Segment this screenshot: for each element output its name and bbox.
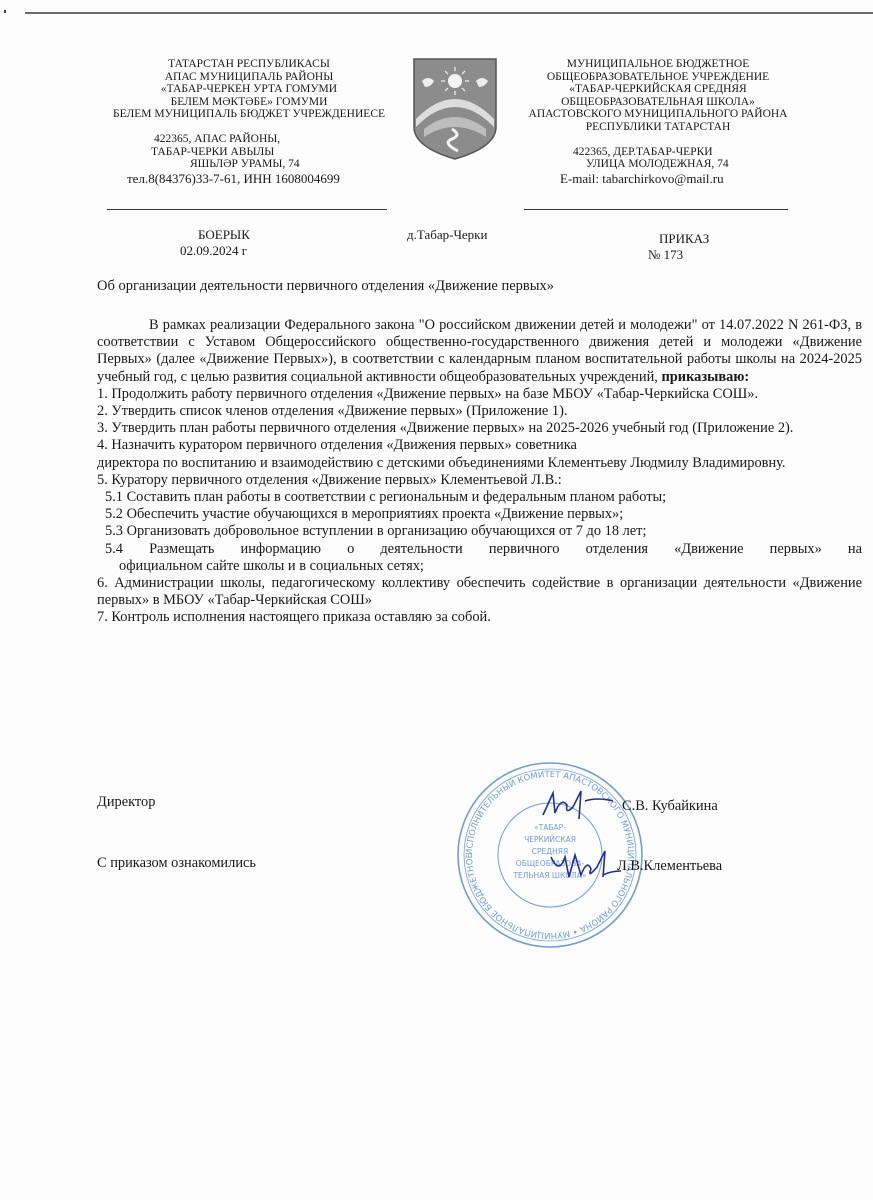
address-line: УЛИЦА МОЛОДЕЖНАЯ, 74: [573, 158, 798, 171]
item-2: 2. Утвердить список членов отделения «Дв…: [97, 403, 862, 420]
header-right-russian: МУНИЦИПАЛЬНОЕ БЮДЖЕТНОЕ ОБЩЕОБРАЗОВАТЕЛЬ…: [518, 58, 798, 185]
header-left-line: АПАС МУНИЦИПАЛЬ РАЙОНЫ: [104, 71, 394, 84]
item-5-2: 5.2 Обеспечить участие обучающихся в мер…: [97, 506, 862, 523]
curator-signature-icon: [547, 845, 622, 885]
scan-top-edge-line: [25, 12, 873, 14]
header-left-line: БЕЛЕМ МӘКТӘБЕ» ГОМУМИ: [104, 96, 394, 109]
order-number: № 173: [648, 247, 709, 263]
header-right-line: РЕСПУБЛИКИ ТАТАРСТАН: [518, 121, 798, 134]
address-line: 422365, ДЕР.ТАБАР-ЧЕРКИ: [573, 146, 798, 159]
order-meta-right: ПРИКАЗ № 173: [659, 231, 709, 263]
header-right-line: МУНИЦИПАЛЬНОЕ БЮДЖЕТНОЕ: [518, 58, 798, 71]
item-5: 5. Куратору первичного отделения «Движен…: [97, 472, 862, 489]
item-4-line-2: директора по воспитанию и взаимодействию…: [97, 455, 862, 472]
header-left-line: «ТАБАР-ЧЕРКЕН УРТА ГОМУМИ: [104, 83, 394, 96]
header-right-line: «ТАБАР-ЧЕРКИЙСКАЯ СРЕДНЯЯ: [518, 83, 798, 96]
item-5-4-line-2: официальном сайте школы и в социальных с…: [97, 558, 862, 575]
item-5-4-line-1: 5.4 Размещать информацию о деятельности …: [97, 541, 862, 558]
item-3: 3. Утвердить план работы первичного отде…: [97, 420, 862, 437]
address-line: 422365, АПАС РАЙОНЫ,: [154, 133, 394, 146]
header-right-line: АПАСТОВСКОГО МУНИЦИПАЛЬНОГО РАЙОНА: [518, 108, 798, 121]
header-right-line: ОБЩЕОБРАЗОВАТЕЛЬНАЯ ШКОЛА»: [518, 96, 798, 109]
scan-artifact: [4, 10, 6, 13]
item-5-3: 5.3 Организовать добровольное вступлении…: [97, 523, 862, 540]
item-6: 6. Администрации школы, педагогическому …: [97, 575, 862, 609]
header-right-divider: [524, 209, 788, 210]
curator-name: Л.В.Клементьева: [617, 858, 722, 875]
phone-inn: тел.8(84376)33-7-61, ИНН 1608004699: [127, 173, 394, 186]
header-left-address: 422365, АПАС РАЙОНЫ, ТАБАР-ЧЕРКИ АВЫЛЫ Я…: [104, 133, 394, 185]
order-meta-left: БОЕРЫК 02.09.2024 г: [198, 227, 250, 259]
document-title: Об организации деятельности первичного о…: [97, 278, 554, 295]
header-left-line: БЕЛЕМ МУНИЦИПАЛЬ БЮДЖЕТ УЧРЕЖДЕНИЕСЕ: [104, 108, 394, 121]
preamble: В рамках реализации Федерального закона …: [97, 317, 862, 386]
order-label-russian: ПРИКАЗ: [659, 231, 709, 247]
director-name: С.В. Кубайкина: [622, 798, 718, 815]
director-signature-icon: [535, 785, 615, 825]
order-label-tatar: БОЕРЫК: [198, 227, 250, 243]
svg-text:ЧЕРКИЙСКАЯ: ЧЕРКИЙСКАЯ: [524, 835, 576, 844]
item-5-1: 5.1 Составить план работы в соответствии…: [97, 489, 862, 506]
email: E-mail: tabarchirkovo@mail.ru: [560, 173, 798, 186]
header-right-line: ОБЩЕОБРАЗОВАТЕЛЬНОЕ УЧРЕЖДЕНИЕ: [518, 71, 798, 84]
document-body: В рамках реализации Федерального закона …: [97, 317, 862, 627]
order-date: 02.09.2024 г: [180, 243, 250, 259]
scanned-order-page: ТАТАРСТАН РЕСПУБЛИКАСЫ АПАС МУНИЦИПАЛЬ Р…: [0, 0, 873, 1200]
header-left-tatar: ТАТАРСТАН РЕСПУБЛИКАСЫ АПАС МУНИЦИПАЛЬ Р…: [104, 58, 394, 185]
director-label: Директор: [97, 794, 155, 811]
address-line: ЯШЬЛӘР УРАМЫ, 74: [154, 158, 394, 171]
header-left-divider: [107, 209, 387, 210]
item-7: 7. Контроль исполнения настоящего приказ…: [97, 609, 862, 626]
order-word: приказываю:: [662, 369, 750, 385]
item-1: 1. Продолжить работу первичного отделени…: [97, 386, 862, 403]
acquainted-label: С приказом ознакомились: [97, 855, 256, 872]
order-place: д.Табар-Черки: [407, 227, 487, 243]
address-line: ТАБАР-ЧЕРКИ АВЫЛЫ: [151, 146, 394, 159]
header-left-line: ТАТАРСТАН РЕСПУБЛИКАСЫ: [104, 58, 394, 71]
coat-of-arms-icon: [412, 57, 498, 161]
item-4-line-1: 4. Назначить куратором первичного отделе…: [97, 437, 862, 454]
header-right-address: 422365, ДЕР.ТАБАР-ЧЕРКИ УЛИЦА МОЛОДЕЖНАЯ…: [518, 146, 798, 186]
